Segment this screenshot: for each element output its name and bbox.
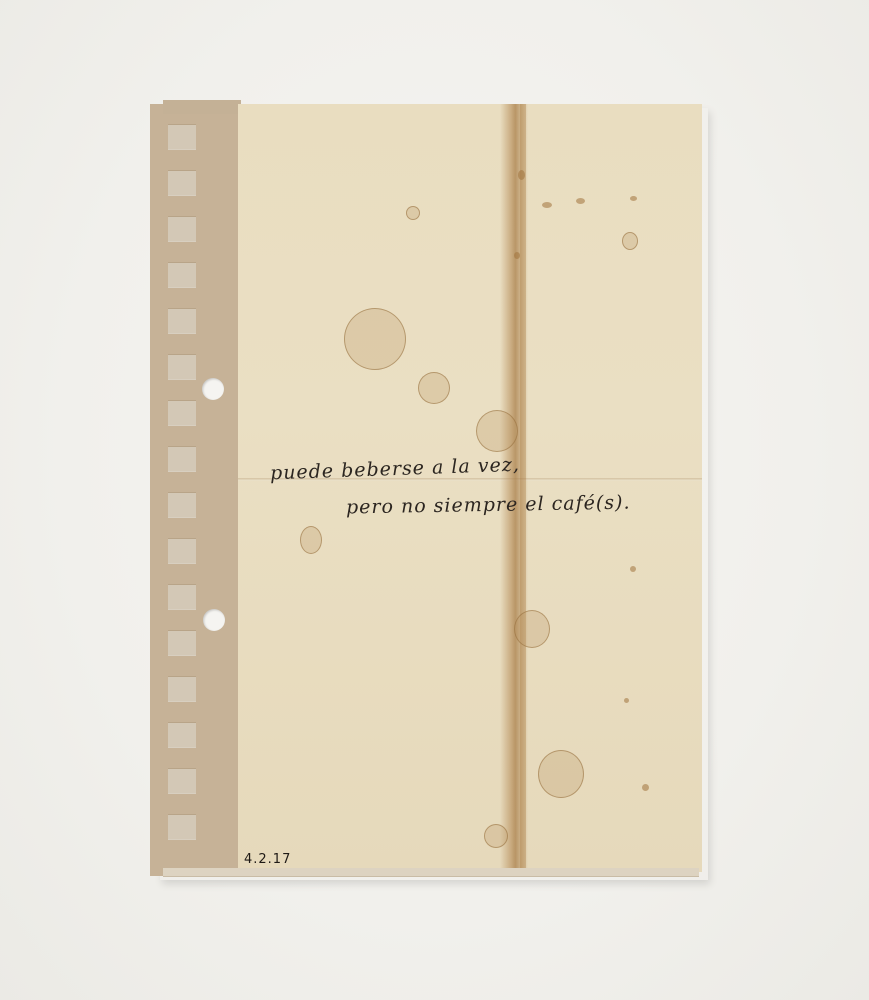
- binding-tab: [168, 124, 196, 150]
- binding-tab: [168, 538, 196, 564]
- notebook-page: [238, 104, 702, 872]
- coffee-ring-stain: [300, 526, 322, 554]
- coffee-speck: [624, 698, 629, 703]
- coffee-ring-stain: [418, 372, 450, 404]
- binding-tab: [168, 170, 196, 196]
- binding-tab: [168, 492, 196, 518]
- binding-tab: [168, 814, 196, 840]
- coffee-speck: [642, 784, 649, 791]
- binding-tab: [168, 216, 196, 242]
- binding-tab: [168, 354, 196, 380]
- punch-hole: [202, 378, 224, 400]
- punch-hole: [203, 609, 225, 631]
- coffee-ring-stain: [344, 308, 406, 370]
- torn-binding-strip: [150, 104, 246, 876]
- binding-tab: [168, 722, 196, 748]
- coffee-ring-stain: [484, 824, 508, 848]
- coffee-speck: [518, 170, 525, 180]
- page-bottom-edge: [163, 868, 699, 877]
- binding-tab: [168, 768, 196, 794]
- binding-tab: [168, 308, 196, 334]
- coffee-ring-stain: [476, 410, 518, 452]
- coffee-speck: [630, 566, 636, 572]
- binding-strip-top: [163, 100, 241, 114]
- coffee-speck: [630, 196, 637, 201]
- binding-tab: [168, 584, 196, 610]
- binding-tab: [168, 446, 196, 472]
- binding-tab: [168, 400, 196, 426]
- coffee-ring-stain: [622, 232, 638, 250]
- coffee-speck: [576, 198, 585, 204]
- vertical-coffee-streak-core: [520, 104, 526, 872]
- coffee-ring-stain: [538, 750, 584, 798]
- coffee-ring-stain: [514, 610, 550, 648]
- binding-tab: [168, 262, 196, 288]
- handwritten-date: 4.2.17: [244, 852, 291, 867]
- coffee-ring-stain: [406, 206, 420, 220]
- binding-tab: [168, 676, 196, 702]
- coffee-speck: [514, 252, 520, 259]
- coffee-speck: [542, 202, 552, 208]
- binding-tab: [168, 630, 196, 656]
